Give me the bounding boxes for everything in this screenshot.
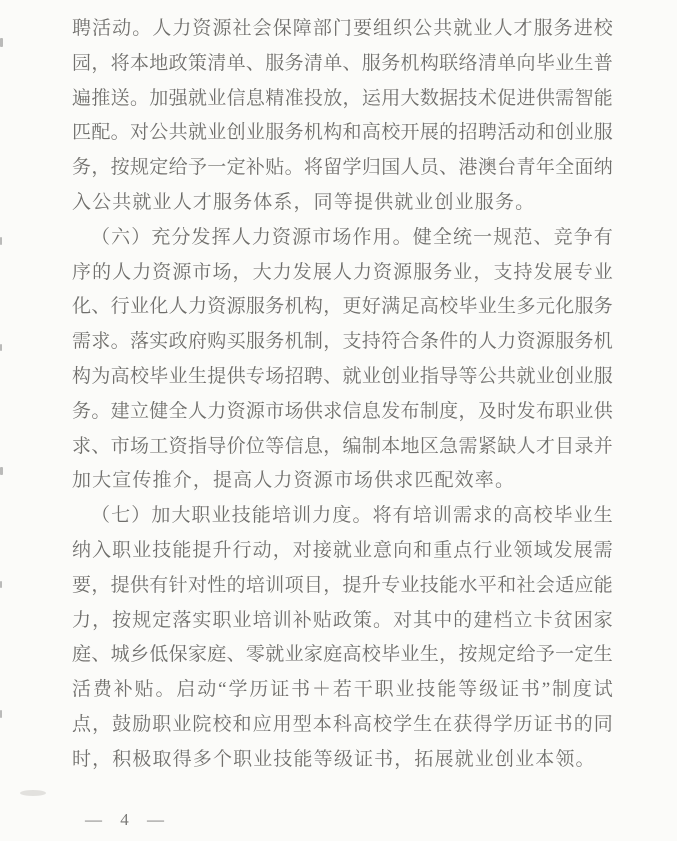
text-line: 务，按规定给予一定补贴。将留学归国人员、港澳台青年全面纳 [72, 151, 613, 186]
text-line: 聘活动。人力资源社会保障部门要组织公共就业人才服务进校 [72, 12, 613, 47]
text-line: 构为高校毕业生提供专场招聘、就业创业指导等公共就业创业服 [72, 360, 613, 395]
text-line: 纳入职业技能提升行动，对接就业意向和重点行业领域发展需 [72, 534, 613, 569]
scanned-document-page: 聘活动。人力资源社会保障部门要组织公共就业人才服务进校园，将本地政策清单、服务清… [0, 0, 677, 841]
text-line: 需求。落实政府购买服务机制，支持符合条件的人力资源服务机 [72, 325, 613, 360]
text-line: 入公共就业人才服务体系，同等提供就业创业服务。 [72, 186, 613, 221]
text-line: 点，鼓励职业院校和应用型本科高校学生在获得学历证书的同 [72, 708, 613, 743]
text-line: 务。建立健全人力资源市场供求信息发布制度，及时发布职业供 [72, 395, 613, 430]
text-line: 力，按规定落实职业培训补贴政策。对其中的建档立卡贫困家 [72, 604, 613, 639]
page-number: — 4 — [85, 810, 171, 830]
text-line: 活费补贴。启动“学历证书＋若干职业技能等级证书”制度试 [72, 673, 613, 708]
text-line: 匹配。对公共就业创业服务机构和高校开展的招聘活动和创业服 [72, 116, 613, 151]
text-line: （七）加大职业技能培训力度。将有培训需求的高校毕业生 [72, 499, 613, 534]
text-line: 园，将本地政策清单、服务清单、服务机构联络清单向毕业生普 [72, 47, 613, 82]
scan-artifact [0, 581, 2, 588]
scan-artifact [0, 344, 2, 351]
text-line: 化、行业化人力资源服务机构，更好满足高校毕业生多元化服务 [72, 290, 613, 325]
document-body: 聘活动。人力资源社会保障部门要组织公共就业人才服务进校园，将本地政策清单、服务清… [72, 12, 613, 778]
text-line: 时，积极取得多个职业技能等级证书，拓展就业创业本领。 [72, 743, 613, 778]
text-line: （六）充分发挥人力资源市场作用。健全统一规范、竞争有 [72, 221, 613, 256]
text-line: 序的人力资源市场，大力发展人力资源服务业，支持发展专业 [72, 256, 613, 291]
text-line: 庭、城乡低保家庭、零就业家庭高校毕业生，按规定给予一定生 [72, 638, 613, 673]
scan-artifact [20, 790, 46, 796]
scan-artifact [0, 710, 2, 718]
text-line: 要，提供有针对性的培训项目，提升专业技能水平和社会适应能 [72, 569, 613, 604]
text-line: 求、市场工资指导价位等信息，编制本地区急需紧缺人才目录并 [72, 430, 613, 465]
text-line: 加大宣传推介，提高人力资源市场供求匹配效率。 [72, 464, 613, 499]
text-line: 遍推送。加强就业信息精准投放，运用大数据技术促进供需智能 [72, 82, 613, 117]
scan-artifact [0, 467, 3, 475]
scan-artifact [0, 237, 2, 245]
scan-artifact [0, 38, 3, 47]
